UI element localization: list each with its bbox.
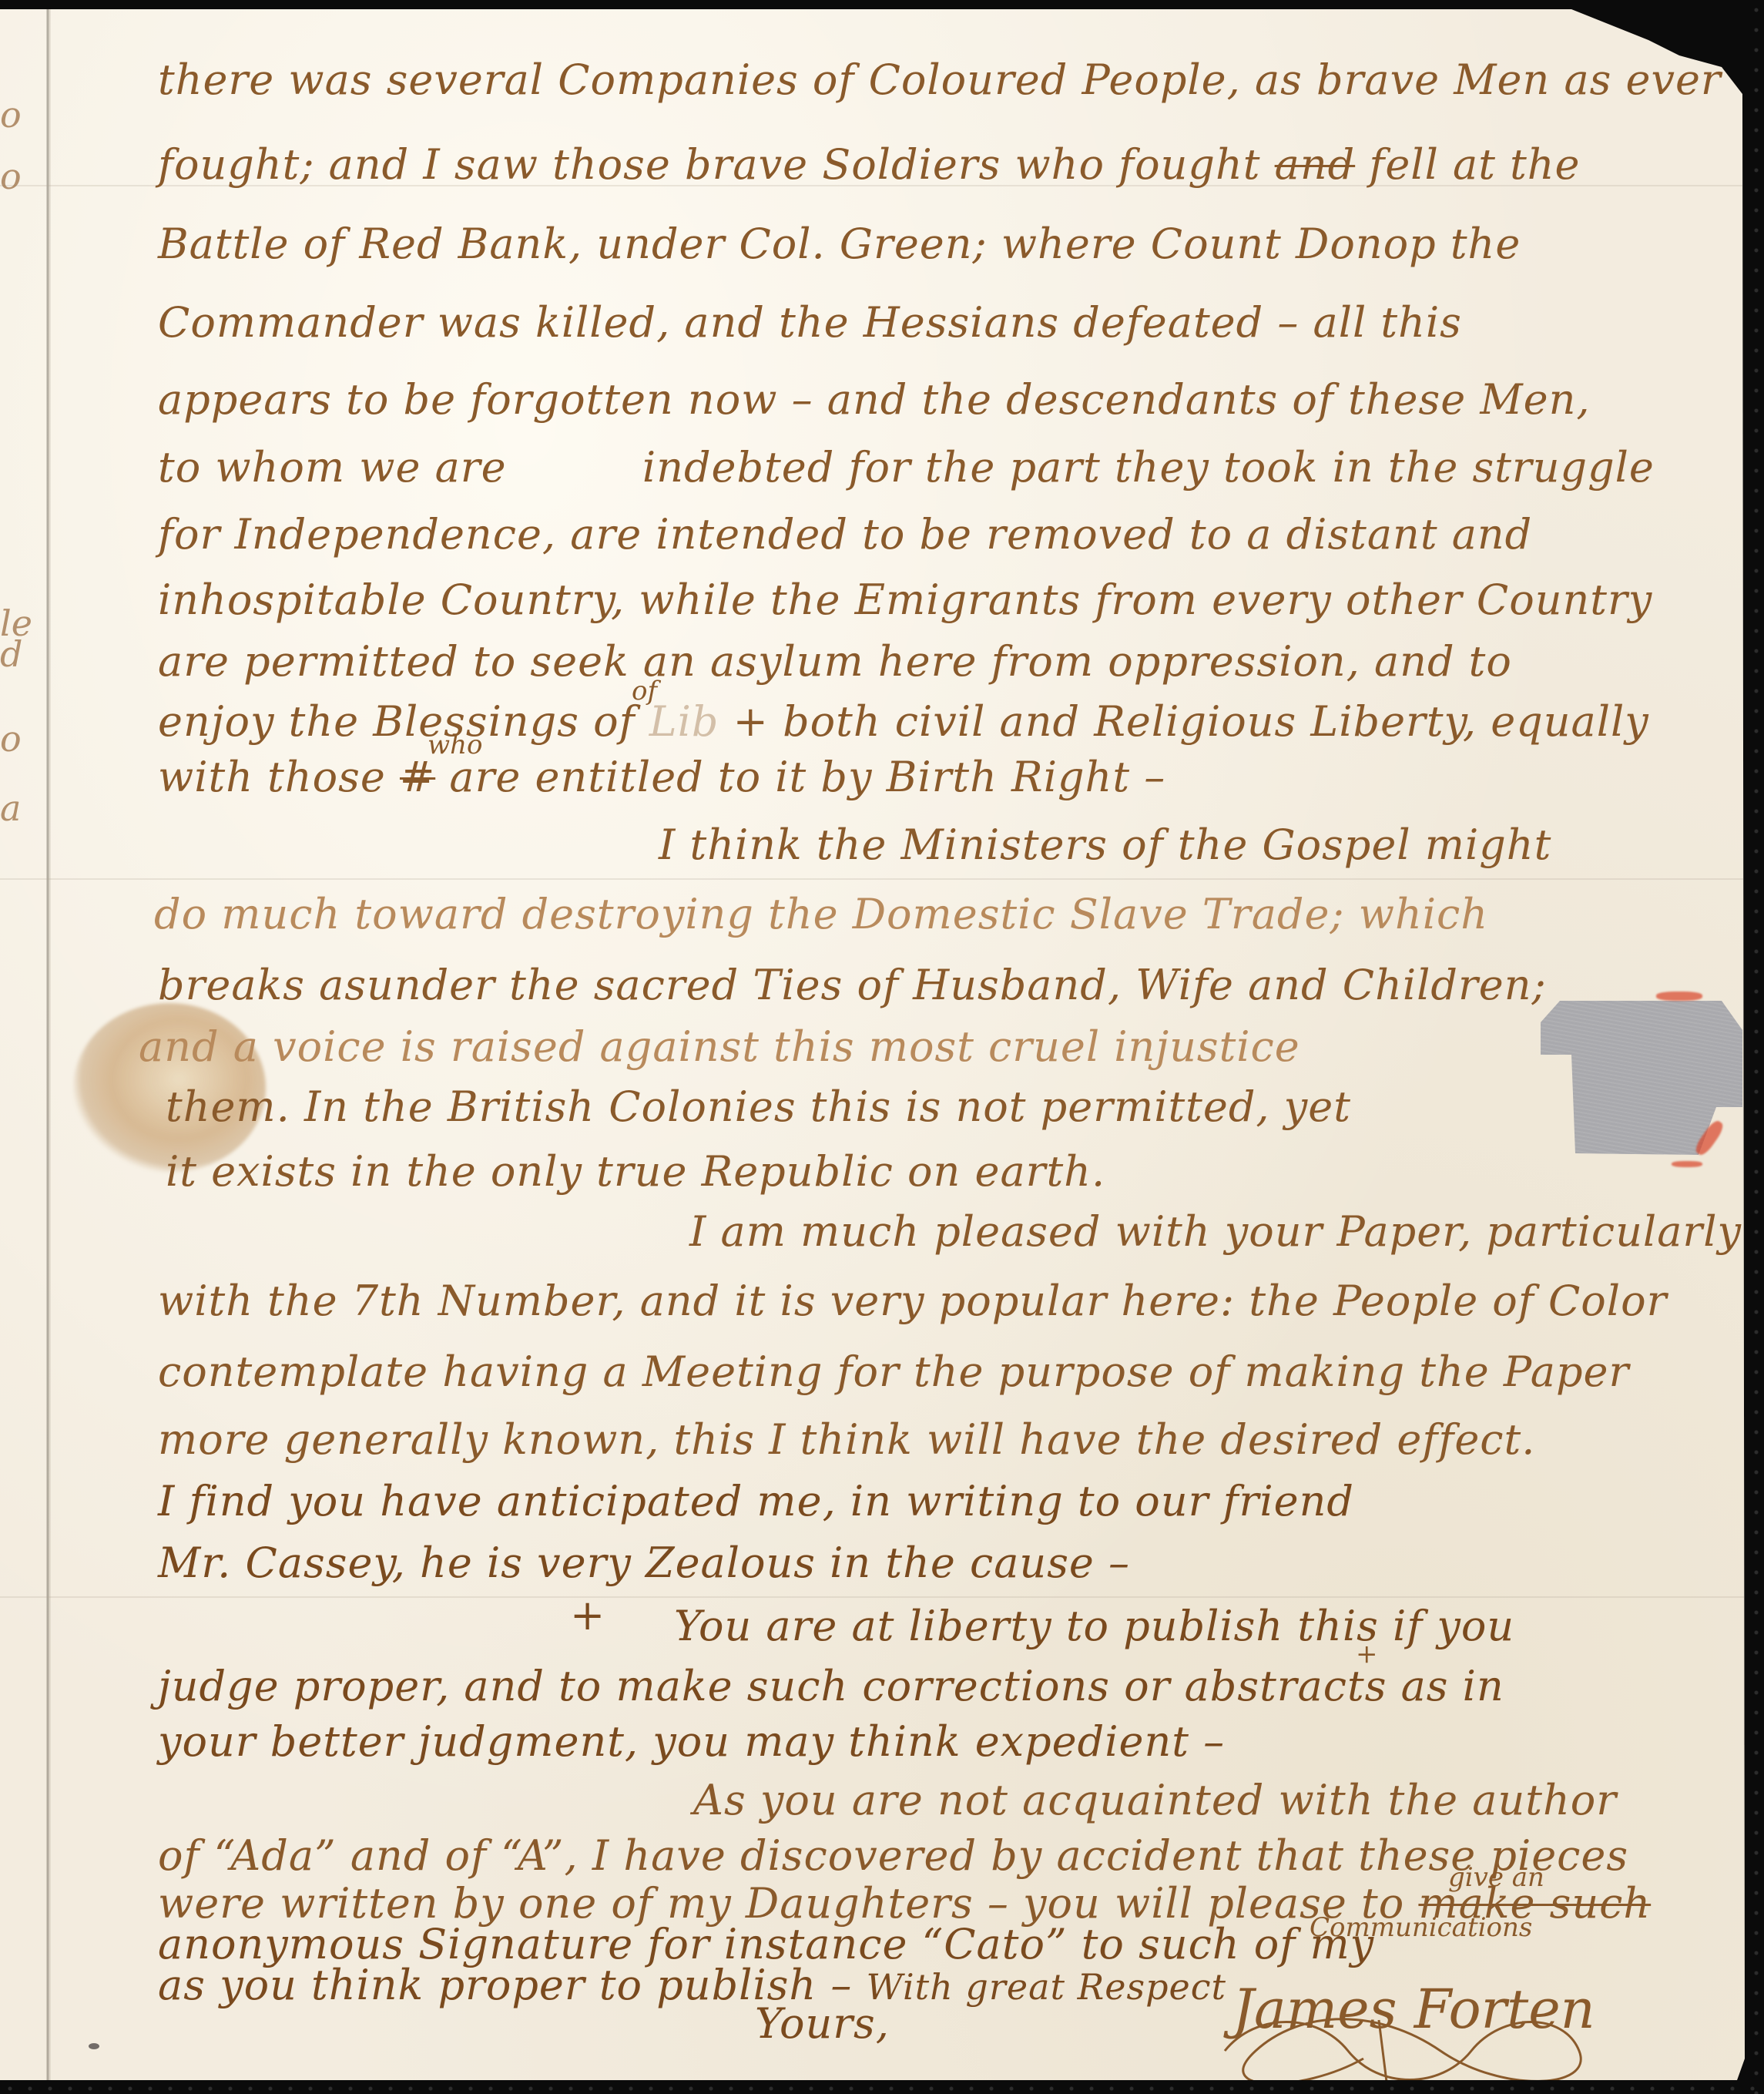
signature-flourish-icon: [1209, 2005, 1595, 2094]
paper-crease: [0, 1596, 1745, 1598]
letter-line: are permitted to seek an asylum here fro…: [158, 641, 1512, 683]
scanner-bed-bottom: [0, 2083, 1764, 2094]
letter-line: for Independence, are intended to be rem…: [158, 514, 1532, 555]
insertion-above: give an: [1448, 1862, 1544, 1893]
insertion-above: of: [632, 676, 657, 706]
letter-line: As you are not acquainted with the autho…: [693, 1780, 1617, 1821]
letter-line: them. In the British Colonies this is no…: [166, 1086, 1351, 1128]
letter-line: do much toward destroying the Domestic S…: [154, 894, 1488, 935]
margin-fragment: o: [0, 94, 22, 136]
letter-line: judge proper, and to make such correctio…: [158, 1666, 1504, 1707]
letter-text: enjoy the Blessings of: [158, 697, 636, 746]
letter-line: and a voice is raised against this most …: [139, 1026, 1300, 1068]
letter-text: fell at the: [1369, 140, 1580, 189]
insertion-above: Communications: [1310, 1912, 1532, 1943]
letter-line: there was several Companies of Coloured …: [158, 59, 1722, 101]
letter-line: I am much pleased with your Paper, parti…: [689, 1211, 1742, 1253]
red-wax-trace: [1672, 1161, 1702, 1167]
insertion-above: who: [428, 730, 482, 760]
letter-text: to whom we are: [158, 443, 507, 492]
letter-text: and: [139, 1022, 220, 1071]
letter-text: both civil and Religious Liberty, equall…: [783, 697, 1649, 746]
letter-line: of “Ada” and of “A”, I have discovered b…: [158, 1835, 1628, 1877]
letter-text: fought; and I saw those brave Soldiers w…: [158, 140, 1260, 189]
paper-crease: [0, 878, 1745, 880]
letter-line: contemplate having a Meeting for the pur…: [158, 1351, 1629, 1393]
vertical-fold-line: [46, 9, 51, 2080]
dust-speck: [89, 2043, 99, 2049]
faded-word: Lib: [649, 697, 719, 746]
red-wax-trace: [1656, 992, 1702, 1001]
tissue-repair-patch: [1541, 992, 1745, 1173]
letter-line: to whom we are indebted for the part the…: [158, 447, 1655, 488]
letter-line: Battle of Red Bank, under Col. Green; wh…: [158, 223, 1521, 265]
margin-fragment: a: [0, 787, 21, 829]
letter-text: a voice is raised against this most crue…: [233, 1022, 1300, 1071]
letter-line: appears to be forgotten now – and the de…: [158, 379, 1591, 421]
letter-line: I find you have anticipated me, in writi…: [158, 1481, 1354, 1522]
letter-line: fought; and I saw those brave Soldiers w…: [158, 144, 1581, 186]
letter-line: You are at liberty to publish this if yo…: [674, 1606, 1514, 1647]
scanner-bed-right: [1749, 0, 1764, 2094]
letter-line: with those # are entitled to it by Birth…: [158, 757, 1165, 798]
letter-line: more generally known, this I think will …: [158, 1419, 1535, 1461]
letter-line: enjoy the Blessings of Lib + both civil …: [158, 701, 1649, 743]
letter-page: o o le d o a there was several Companies…: [0, 9, 1750, 2080]
letter-line: breaks asunder the sacred Ties of Husban…: [158, 965, 1547, 1006]
letter-text: indebted for the part they took in the s…: [642, 443, 1655, 492]
letter-line: inhospitable Country, while the Emigrant…: [158, 579, 1652, 621]
letter-line: Commander was killed, and the Hessians d…: [158, 302, 1462, 344]
scan-background: o o le d o a there was several Companies…: [0, 0, 1764, 2094]
struck-word: and: [1275, 140, 1356, 189]
letter-line: as you think proper to publish – With gr…: [158, 1965, 1226, 2006]
closing-respect: With great Respect: [867, 1966, 1227, 2008]
letter-line: anonymous Signature for instance “Cato” …: [158, 1924, 1374, 1965]
letter-line: I think the Ministers of the Gospel migh…: [659, 824, 1551, 866]
margin-fragment: o: [0, 156, 22, 197]
margin-fragment: o: [0, 718, 22, 760]
letter-line: it exists in the only true Republic on e…: [166, 1151, 1105, 1193]
letter-text: as you think proper to publish –: [158, 1961, 852, 2009]
letter-line: your better judgment, you may think expe…: [158, 1721, 1225, 1763]
margin-fragment: d: [0, 633, 22, 675]
letter-text: are entitled to it by Birth Right –: [449, 753, 1165, 801]
letter-line: Mr. Cassey, he is very Zealous in the ca…: [158, 1542, 1130, 1584]
closing-yours: Yours,: [755, 2003, 890, 2045]
letter-text: with those: [158, 753, 386, 801]
letter-line: with the 7th Number, and it is very popu…: [158, 1280, 1667, 1322]
insertion-mark: +: [570, 1595, 605, 1636]
